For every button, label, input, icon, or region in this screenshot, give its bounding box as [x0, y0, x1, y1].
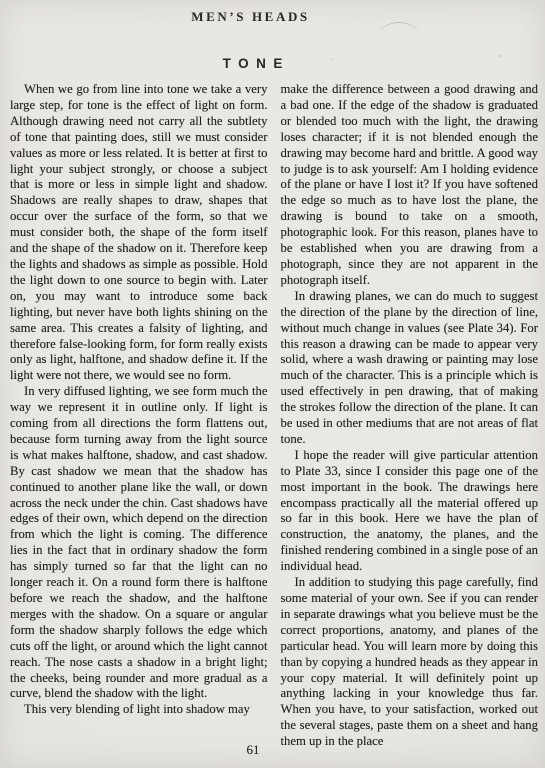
paragraph: make the difference between a good drawi… — [281, 82, 539, 289]
scan-speck — [526, 688, 528, 690]
paragraph: This very blending of light into shadow … — [10, 702, 268, 718]
paragraph: When we go from line into tone we take a… — [10, 82, 268, 384]
page-number: 61 — [240, 742, 266, 758]
paragraph: In drawing planes, we can do much to sug… — [281, 289, 539, 448]
book-page-scan: MEN’S HEADS TONE When we go from line in… — [0, 0, 545, 768]
paragraph: I hope the reader will give particular a… — [281, 448, 539, 575]
text-columns: When we go from line into tone we take a… — [0, 82, 545, 750]
running-head: MEN’S HEADS — [0, 9, 523, 25]
right-column: make the difference between a good drawi… — [281, 82, 539, 750]
paragraph: In addition to studying this page carefu… — [281, 575, 539, 750]
left-column: When we go from line into tone we take a… — [10, 82, 268, 750]
paragraph: In very diffused lighting, we see form m… — [10, 384, 268, 702]
section-title: TONE — [0, 56, 525, 71]
